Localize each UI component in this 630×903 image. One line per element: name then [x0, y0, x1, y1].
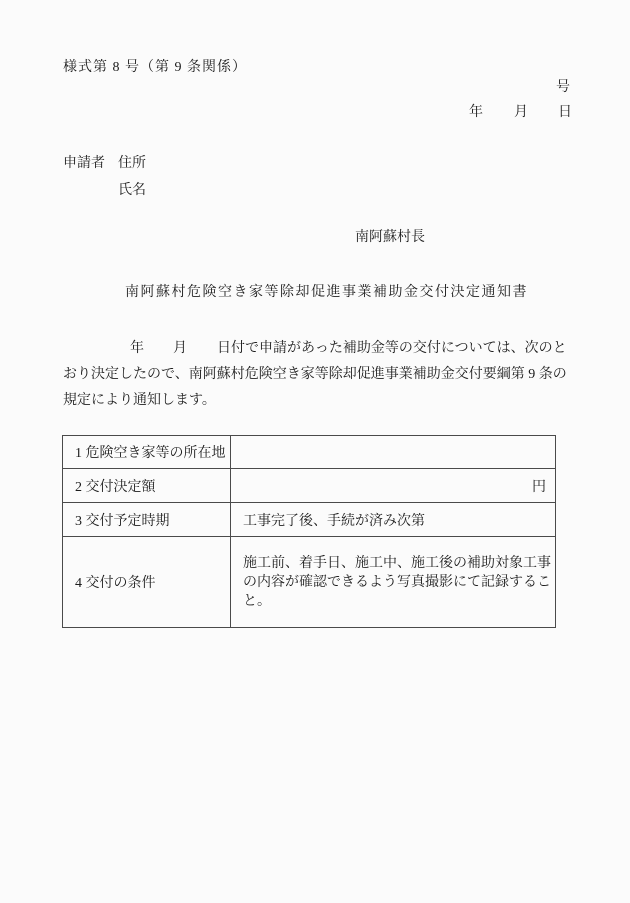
applicant-role-label: 申請者	[63, 156, 105, 171]
body-year-label: 年	[130, 341, 144, 356]
date-month-label: 月	[514, 105, 528, 120]
applicant-address-label: 住所	[118, 156, 146, 171]
document-page: 様式第 8 号（第 9 条関係） 号 年月日 申請者住所 氏名 南阿蘇村長 南阿…	[0, 0, 630, 903]
yen-unit-label: 円	[532, 480, 546, 495]
body-line-2: おり決定したので、南阿蘇村危険空き家等除却促進事業補助金交付要綱第 9 条の	[63, 362, 570, 388]
date-line: 年月日	[469, 103, 572, 123]
schedule-value-cell: 工事完了後、手続が済み次第	[231, 503, 556, 537]
body-line1-text: 日付で申請があった補助金等の交付については、次のと	[217, 341, 567, 356]
table-row-conditions: 4 交付の条件 施工前、着手日、施工中、施工後の補助対象工事の内容が確認できるよ…	[63, 537, 556, 628]
body-line-3: 規定により通知します。	[63, 388, 570, 414]
amount-value-cell: 円	[231, 469, 556, 503]
table-row-location: 1 危険空き家等の所在地	[63, 436, 556, 469]
body-month-label: 月	[173, 341, 187, 356]
date-day-blank	[528, 115, 558, 116]
doc-number-suffix-label: 号	[556, 80, 570, 95]
location-label-cell: 1 危険空き家等の所在地	[63, 436, 231, 469]
applicant-name-label: 氏名	[118, 181, 146, 201]
body-day-blank	[187, 351, 217, 352]
location-value-cell	[231, 436, 556, 469]
conditions-label-cell: 4 交付の条件	[63, 537, 231, 628]
addressee-label: 南阿蘇村長	[355, 228, 425, 248]
date-year-label: 年	[469, 105, 483, 120]
body-month-blank	[144, 351, 173, 352]
body-paragraph: 年月日付で申請があった補助金等の交付については、次のと おり決定したので、南阿蘇…	[63, 336, 570, 414]
doc-number-line: 号	[556, 78, 570, 98]
body-year-blank	[63, 351, 130, 352]
amount-label-cell: 2 交付決定額	[63, 469, 231, 503]
schedule-label-cell: 3 交付予定時期	[63, 503, 231, 537]
applicant-line: 申請者住所	[63, 154, 146, 174]
form-number-label: 様式第 8 号（第 9 条関係）	[63, 58, 247, 78]
document-title: 南阿蘇村危険空き家等除却促進事業補助金交付決定通知書	[63, 283, 590, 303]
body-line-1: 年月日付で申請があった補助金等の交付については、次のと	[63, 336, 570, 362]
conditions-value-cell: 施工前、着手日、施工中、施工後の補助対象工事の内容が確認できるよう写真撮影にて記…	[231, 537, 556, 628]
table-row-schedule: 3 交付予定時期 工事完了後、手続が済み次第	[63, 503, 556, 537]
date-day-label: 日	[558, 105, 572, 120]
grant-decision-table: 1 危険空き家等の所在地 2 交付決定額 円 3 交付予定時期 工事完了後、手続…	[62, 435, 556, 628]
date-month-blank	[483, 115, 514, 116]
table-row-amount: 2 交付決定額 円	[63, 469, 556, 503]
